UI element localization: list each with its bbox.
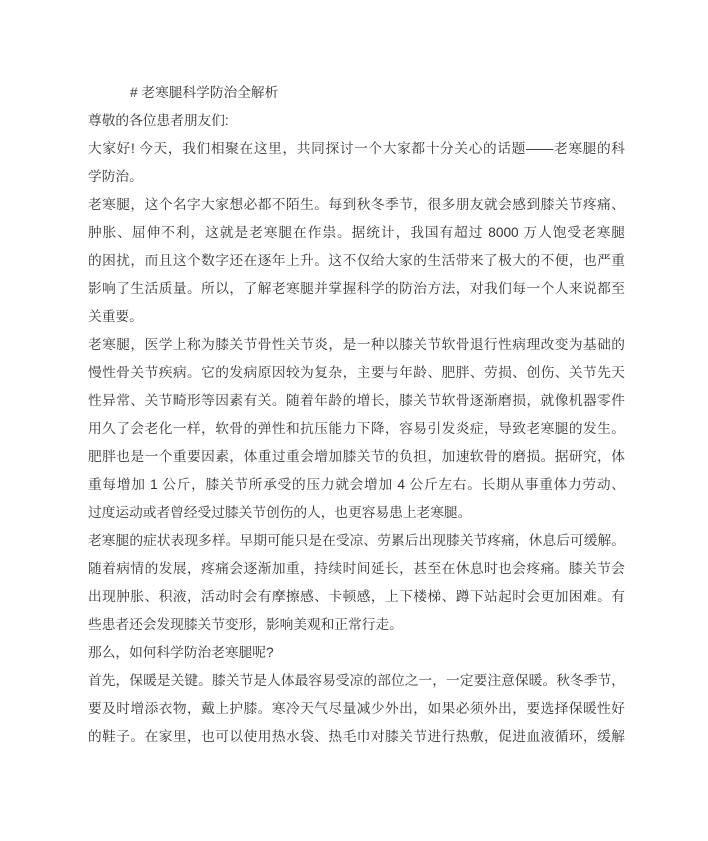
text-line: 那么，如何科学防治老寒腿呢? <box>88 639 625 667</box>
text-line: 出现肿胀、积液，活动时会有摩擦感、卡顿感，上下楼梯、蹲下站起时会更加困难。有 <box>88 583 625 611</box>
text-line: 大家好! 今天，我们相聚在这里，共同探讨一个大家都十分关心的话题——老寒腿的科 <box>88 135 625 163</box>
text-line: 重每增加 1 公斤，膝关节所承受的压力就会增加 4 公斤左右。长期从事重体力劳动… <box>88 471 625 499</box>
text-line: 学防治。 <box>88 163 625 191</box>
text-line: 的鞋子。在家里，也可以使用热水袋、热毛巾对膝关节进行热敷，促进血液循环，缓解 <box>88 723 625 751</box>
document-heading-line: # 老寒腿科学防治全解析 <box>88 79 625 107</box>
text-line: 要及时增添衣物，戴上护膝。寒冷天气尽量减少外出，如果必须外出，要选择保暖性好 <box>88 695 625 723</box>
text-line: 首先，保暖是关键。膝关节是人体最容易受凉的部位之一，一定要注意保暖。秋冬季节， <box>88 667 625 695</box>
text-line: 影响了生活质量。所以，了解老寒腿并掌握科学的防治方法，对我们每一个人来说都至 <box>88 275 625 303</box>
document-body: 尊敬的各位患者朋友们:大家好! 今天，我们相聚在这里，共同探讨一个大家都十分关心… <box>88 107 625 751</box>
text-line: 用久了会老化一样，软骨的弹性和抗压能力下降，容易引发炎症，导致老寒腿的发生。 <box>88 415 625 443</box>
text-line: 肥胖也是一个重要因素，体重过重会增加膝关节的负担，加速软骨的磨损。据研究，体 <box>88 443 625 471</box>
text-line: 随着病情的发展，疼痛会逐渐加重，持续时间延长，甚至在休息时也会疼痛。膝关节会 <box>88 555 625 583</box>
text-line: 的困扰，而且这个数字还在逐年上升。这不仅给大家的生活带来了极大的不便，也严重 <box>88 247 625 275</box>
text-line: 性异常、关节畸形等因素有关。随着年龄的增长，膝关节软骨逐渐磨损，就像机器零件 <box>88 387 625 415</box>
text-line: 过度运动或者曾经受过膝关节创伤的人，也更容易患上老寒腿。 <box>88 499 625 527</box>
text-line: 慢性骨关节疾病。它的发病原因较为复杂，主要与年龄、肥胖、劳损、创伤、关节先天 <box>88 359 625 387</box>
document-page: # 老寒腿科学防治全解析 尊敬的各位患者朋友们:大家好! 今天，我们相聚在这里，… <box>0 0 708 841</box>
text-line: 老寒腿，医学上称为膝关节骨性关节炎，是一种以膝关节软骨退行性病理改变为基础的 <box>88 331 625 359</box>
text-line: 关重要。 <box>88 303 625 331</box>
text-line: 些患者还会发现膝关节变形，影响美观和正常行走。 <box>88 611 625 639</box>
text-line: 尊敬的各位患者朋友们: <box>88 107 625 135</box>
text-line: 肿胀、屈伸不利，这就是老寒腿在作祟。据统计，我国有超过 8000 万人饱受老寒腿 <box>88 219 625 247</box>
text-line: 老寒腿，这个名字大家想必都不陌生。每到秋冬季节，很多朋友就会感到膝关节疼痛、 <box>88 191 625 219</box>
text-line: 老寒腿的症状表现多样。早期可能只是在受凉、劳累后出现膝关节疼痛，休息后可缓解。 <box>88 527 625 555</box>
